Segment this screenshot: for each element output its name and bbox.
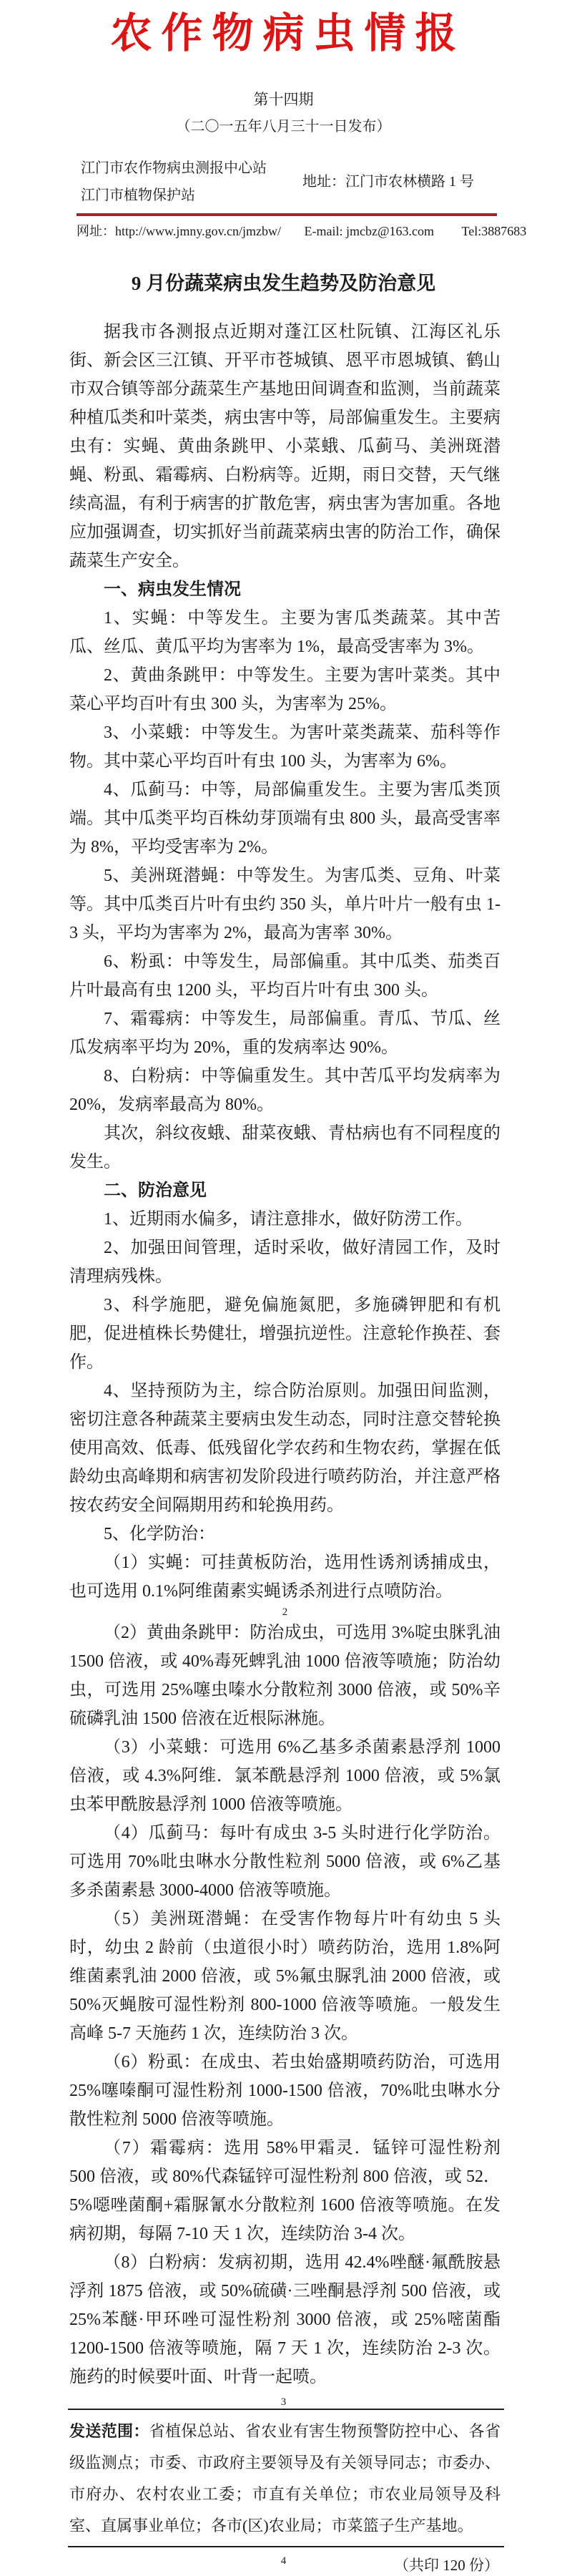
publish-date: （二〇一五年八月三十一日发布） — [0, 117, 567, 137]
footer-divider-bottom — [68, 2546, 504, 2547]
intro-paragraph: 据我市各测报点近期对蓬江区杜阮镇、江海区礼乐街、新会区三江镇、开平市苍城镇、恩平… — [69, 318, 501, 575]
red-divider — [77, 213, 497, 216]
advice-item: 2、加强田间管理，适时采收，做好清园工作，及时清理病残株。 — [69, 1234, 501, 1291]
issue-number: 第十四期 — [0, 90, 567, 109]
website-text: 网址：http://www.jmny.gov.cn/jmzbw/ — [77, 222, 281, 240]
advice-item: 4、坚持预防为主，综合防治原则。加强田间监测，密切注意各种蔬菜主要病虫发生动态，… — [69, 1377, 501, 1520]
chem-item: （3）小菜蛾：可选用 6%乙基多杀菌素悬浮剂 1000 倍液，或 4.3%阿维．… — [69, 1733, 501, 1819]
section-1-note: 其次，斜纹夜蛾、甜菜夜蛾、青枯病也有不同程度的发生。 — [69, 1119, 501, 1176]
org-name-2: 江门市植物保护站 — [81, 182, 267, 209]
page-number-2: 2 — [69, 1606, 501, 1619]
chem-item: （4）瓜蓟马：每叶有成虫 3-5 头时进行化学防治。可选用 70%吡虫啉水分散性… — [69, 1819, 501, 1905]
tel-text: Tel:3887683 — [462, 222, 527, 240]
org-names: 江门市农作物病虫测报中心站 江门市植物保护站 — [81, 155, 267, 209]
distribution: 发送范围：省植保总站、省农业有害生物预警防控中心、各省级监测点；市委、市政府主要… — [0, 2410, 567, 2542]
email-text: E-mail: jmcbz@163.com — [304, 222, 434, 240]
pest-item: 4、瓜蓟马：中等，局部偏重发生。主要为害瓜类顶端。其中瓜类平均百株幼芽顶端有虫 … — [69, 776, 501, 862]
chem-item: （7）霜霉病：选用 58%甲霜灵．锰锌可湿性粉剂 500 倍液，或 80%代森锰… — [69, 2134, 501, 2248]
section-1-heading: 一、病虫发生情况 — [69, 575, 501, 604]
contact-row: 网址：http://www.jmny.gov.cn/jmzbw/ E-mail:… — [0, 222, 567, 240]
article-title: 9 月份蔬菜病虫发生趋势及防治意见 — [0, 270, 567, 296]
advice-item: 3、科学施肥，避免偏施氮肥，多施磷钾肥和有机肥，促进植株长势健壮，增强抗逆性。注… — [69, 1291, 501, 1377]
chem-item: （5）美洲斑潜蝇：在受害作物每片叶有幼虫 5 头时，幼虫 2 龄前（虫道很小时）… — [69, 1905, 501, 2048]
chem-item: （2）黄曲条跳甲：防治成虫，可选用 3%啶虫脒乳油 1500 倍液，或 40%毒… — [69, 1619, 501, 1733]
masthead-title: 农作物病虫情报 — [0, 0, 567, 62]
pest-item: 1、实蝇：中等发生。主要为害瓜类蔬菜。其中苦瓜、丝瓜、黄瓜平均为害率为 1%，最… — [69, 604, 501, 661]
page-number-3: 3 — [0, 2396, 567, 2409]
distribution-label: 发送范围： — [69, 2422, 149, 2440]
advice-item: 1、近期雨水偏多，请注意排水，做好防涝工作。 — [69, 1205, 501, 1234]
section-2-heading: 二、防治意见 — [69, 1176, 501, 1205]
pest-item: 7、霜霉病：中等发生，局部偏重。青瓜、节瓜、丝瓜发病率平均为 20%，重的发病率… — [69, 1005, 501, 1062]
pest-item: 6、粉虱：中等发生，局部偏重。其中瓜类、茄类百片叶最高有虫 1200 头，平均百… — [69, 947, 501, 1005]
page-number-4: 4 — [0, 2555, 567, 2567]
pest-item: 8、白粉病：中等偏重发生。其中苦瓜平均发病率为 20%，发病率最高为 80%。 — [69, 1062, 501, 1119]
article-body: 据我市各测报点近期对蓬江区杜阮镇、江海区礼乐街、新会区三江镇、开平市苍城镇、恩平… — [0, 318, 567, 2391]
pest-item: 3、小菜蛾：中等发生。为害叶菜类蔬菜、茄科等作物。其中菜心平均百叶有虫 100 … — [69, 718, 501, 776]
org-address: 地址：江门市农林横路 1 号 — [302, 173, 474, 190]
advice-item: 5、化学防治： — [69, 1520, 501, 1548]
bulletin-page: 农作物病虫情报 第十四期 （二〇一五年八月三十一日发布） 江门市农作物病虫测报中… — [0, 0, 567, 2576]
chem-item: （6）粉虱：在成虫、若虫始盛期喷药防治，可选用 25%噻嗪酮可湿性粉剂 1000… — [69, 2048, 501, 2134]
pest-item: 2、黄曲条跳甲：中等发生。主要为害叶菜类。其中菜心平均百叶有虫 300 头，为害… — [69, 661, 501, 718]
chem-item: （8）白粉病：发病初期，选用 42.4%唑醚·氟酰胺悬浮剂 1875 倍液，或 … — [69, 2248, 501, 2391]
pest-item: 5、美洲斑潜蝇：中等发生。为害瓜类、豆角、叶菜等。其中瓜类百片叶有虫约 350 … — [69, 862, 501, 947]
org-name-1: 江门市农作物病虫测报中心站 — [81, 155, 267, 182]
chem-item: （1）实蝇：可挂黄板防治，选用性诱剂诱捕成虫，也可选用 0.1%阿维菌素实蝇诱杀… — [69, 1548, 501, 1606]
org-block: 江门市农作物病虫测报中心站 江门市植物保护站 地址：江门市农林横路 1 号 — [0, 155, 567, 209]
